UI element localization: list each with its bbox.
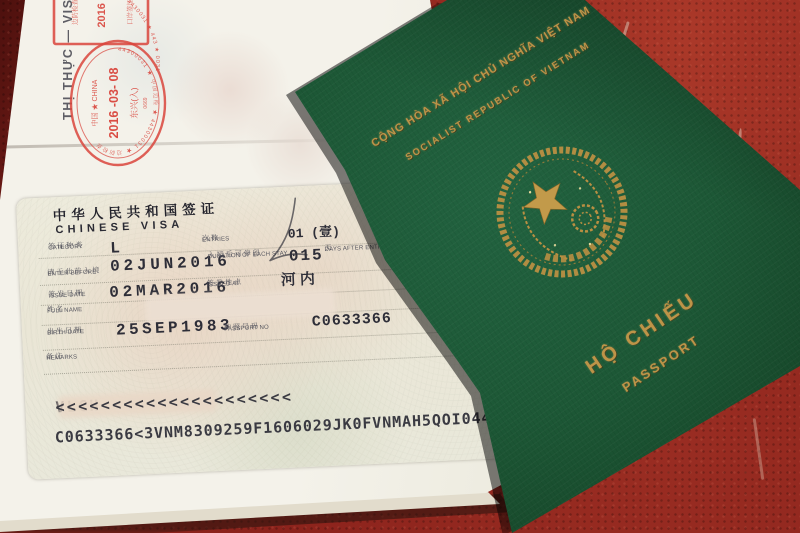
- svg-text:44300031 ★ 中国边检 ★ 44300031 ★ 边: 44300031 ★ 中国边检 ★ 44300031 ★ 边防检查: [94, 47, 160, 157]
- oval-stamp-china: 中国 ★ CHINA: [90, 79, 99, 126]
- entries-value: 01 (壹): [287, 220, 340, 241]
- emblem-star-icon: [515, 170, 574, 229]
- oval-stamp-date: 2016 -03- 08: [107, 68, 121, 139]
- oval-stamp-ring-text: 44300031 ★ 中国边检 ★ 44300031 ★ 边防检查: [94, 47, 160, 157]
- duration-value: 015: [288, 246, 324, 266]
- page-crease: [0, 138, 345, 148]
- issued-at-value: 河内: [280, 267, 319, 290]
- rect-stamp-date: 2016 -: [96, 0, 108, 28]
- rect-stamp-col-left: 边防检查: [70, 0, 79, 25]
- passport-no-value: C0633366: [312, 310, 393, 331]
- oval-stamp-port: 东兴(入): [129, 87, 139, 118]
- category-value: L: [110, 239, 120, 257]
- oval-entry-stamp: 44300031 ★ 中国边检 ★ 44300031 ★ 边防检查 中国 ★ C…: [64, 34, 172, 172]
- photo-stage: THỊ THỰC — VISAS 2016 - 边防检查 口岸签证 443003…: [0, 0, 800, 533]
- oval-stamp-code: 0669: [143, 97, 149, 108]
